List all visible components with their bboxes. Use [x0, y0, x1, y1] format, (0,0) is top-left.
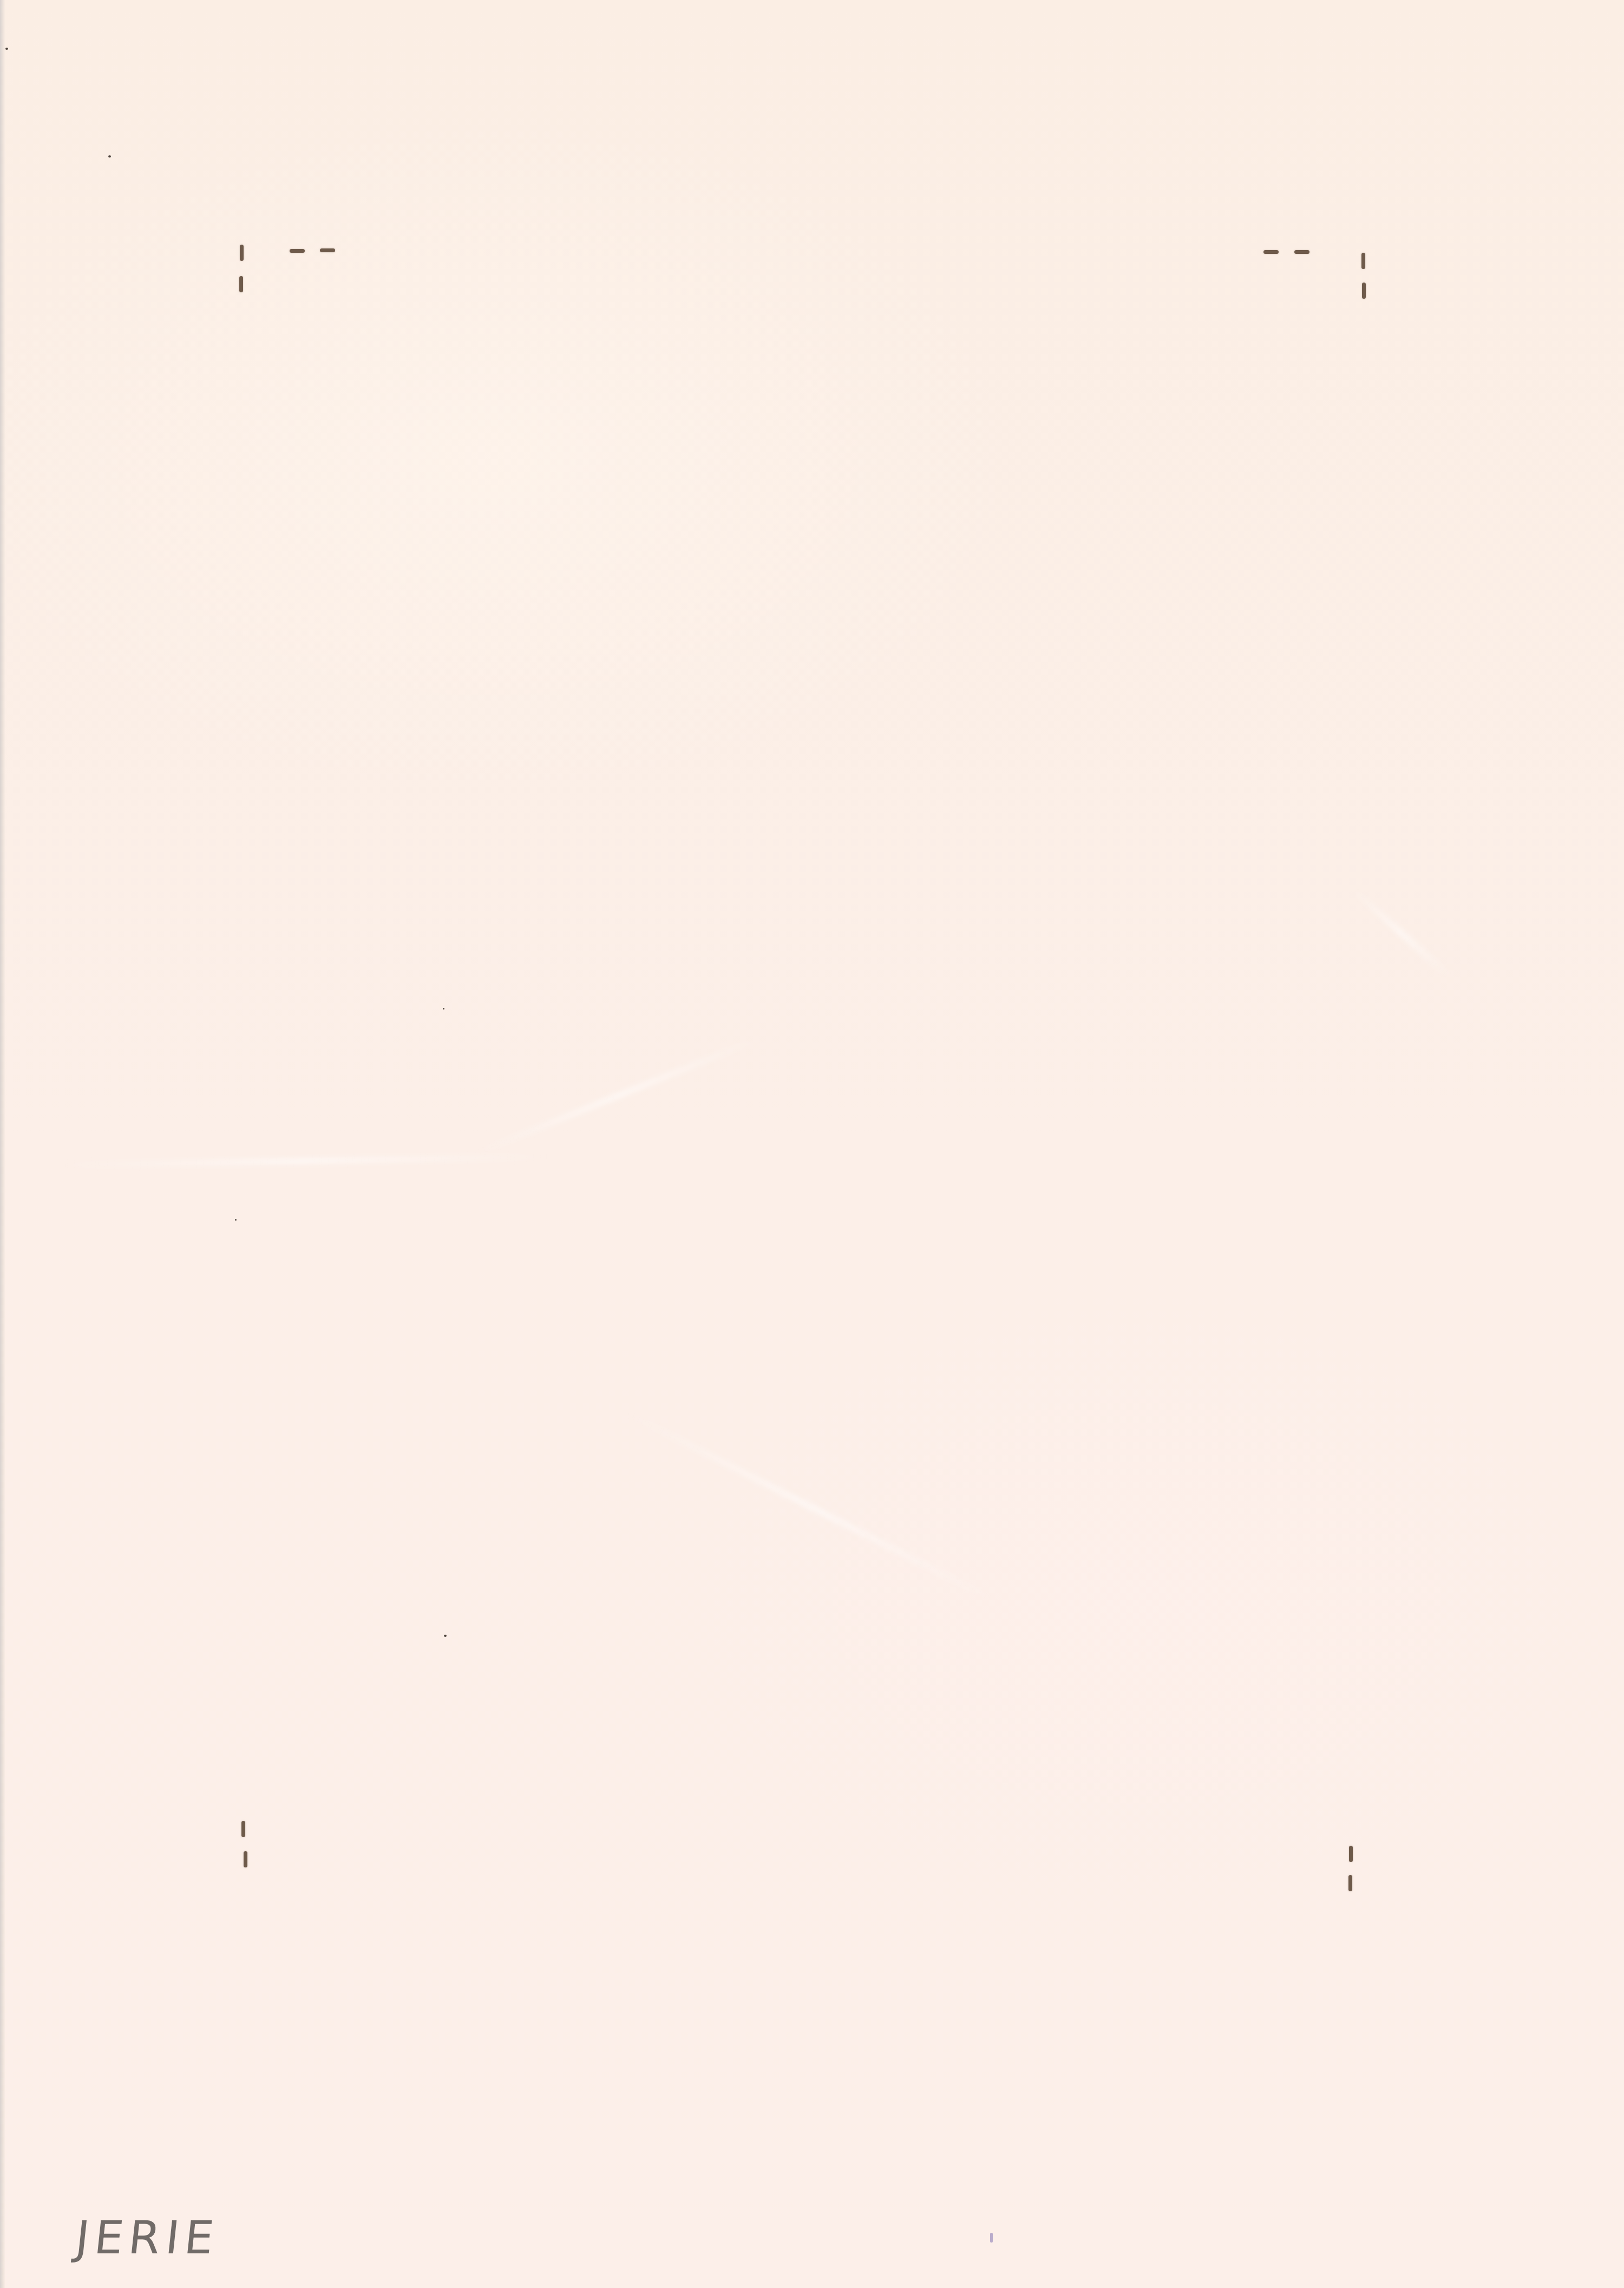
mark-stroke [240, 245, 244, 261]
mark-stroke [244, 1851, 247, 1867]
mark-stroke [241, 1821, 245, 1837]
handwritten-signature: JERIE [73, 2211, 221, 2264]
paper-sheet: JERIE [0, 0, 1624, 2288]
dust-speck [108, 155, 111, 158]
mark-stroke [1362, 283, 1366, 299]
paper-crease [476, 1037, 759, 1155]
dust-speck [443, 1008, 444, 1009]
paper-crease [60, 1154, 547, 1168]
mark-stroke [1349, 1846, 1353, 1862]
paper-crease [1352, 888, 1452, 979]
mark-stroke [1294, 250, 1309, 254]
mark-stroke [239, 276, 243, 292]
mark-stroke [1263, 250, 1279, 254]
ink-mark [990, 2233, 993, 2243]
paper-crease [627, 1412, 997, 1603]
dust-speck [5, 48, 8, 50]
mark-stroke [320, 248, 335, 252]
mark-stroke [1361, 253, 1365, 269]
dust-speck [235, 1219, 237, 1221]
mark-stroke [1348, 1875, 1352, 1891]
dust-speck [444, 1635, 447, 1637]
mark-stroke [290, 249, 305, 253]
scan-edge [0, 0, 5, 2288]
